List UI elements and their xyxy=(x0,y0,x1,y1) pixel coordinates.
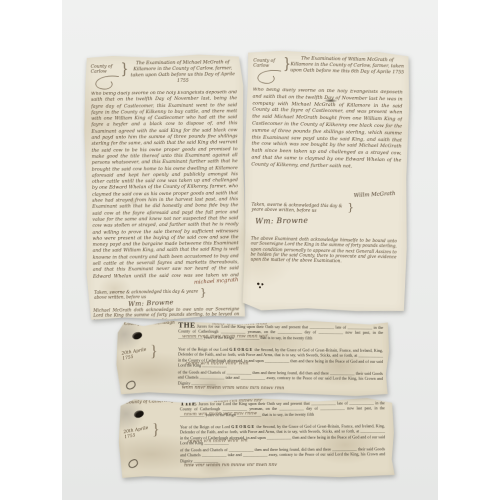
brace-mark: } xyxy=(150,343,158,361)
photo-background: County of Carlow } The Examination of Mi… xyxy=(62,0,438,500)
ink-marks xyxy=(256,282,265,289)
witness-signature: Wm: Browne xyxy=(255,216,308,226)
document-indictment-form-bottom: County of Catherlough 20th Aprile 1755 }… xyxy=(118,396,395,478)
recognizance-note: The above Examinant doth acknowledge him… xyxy=(250,236,396,265)
attestation-text: Taken, sworne & acknowledged this day & … xyxy=(251,202,347,214)
form-paper: County of Catherlough 20th Aprile 1755 }… xyxy=(116,319,390,397)
ink-stamp-icon xyxy=(133,409,145,419)
ink-stamp-icon xyxy=(131,331,143,341)
printed-paragraph-goods: of the Goods and Chattels of ___________… xyxy=(178,369,383,386)
margin-date-script: 20th Aprile 1755 xyxy=(123,425,154,441)
margin-county-script: County of Catherlough xyxy=(126,399,177,406)
brace-mark: } xyxy=(347,202,354,213)
handwritten-fill-script: mnnv wmrnn nvm wnnr xyxy=(212,321,380,327)
form-paper: County of Catherlough 20th Aprile 1755 }… xyxy=(118,396,395,478)
manuscript-header: County of Carlow } The Examination of Mi… xyxy=(89,59,239,89)
photo-canvas: County of Carlow } The Examination of Mi… xyxy=(0,0,500,500)
handwritten-fill-script: nvmn wrn mnnv vnmr wnn xyxy=(186,361,376,367)
manuscript-header: County of Carlow } The Examination of Wi… xyxy=(251,55,406,86)
handwritten-footer-script: wnm nnvr mwnn vrnm wnnv mrn nnwv rmn xyxy=(182,386,377,392)
margin-county-script: County of Catherlough xyxy=(124,321,175,327)
manuscript-paper: County of Carlow } The Examination of Mi… xyxy=(84,54,247,321)
handwritten-footer-script: nnw vmr wnnm rvn mnnw vnr mwn nnv xyxy=(184,462,379,468)
document-examination-michael-mcgrath: County of Carlow } The Examination of Mi… xyxy=(84,54,247,321)
deponent-signature: michael mcgrath xyxy=(193,277,238,286)
margin-date-script: 20th Aprile 1755 xyxy=(121,347,152,363)
manuscript-body: Who being duely sworne on the holy Evang… xyxy=(251,88,403,191)
manuscript-paper: County of Carlow } The Examination of Wi… xyxy=(242,49,411,313)
brace-mark: } xyxy=(152,422,160,440)
examination-title: The Examination of Michael McGrath of Ki… xyxy=(128,60,238,85)
document-indictment-form-top: County of Catherlough 20th Aprile 1755 }… xyxy=(116,319,390,397)
document-examination-william-mcgrath: County of Carlow } The Examination of Wi… xyxy=(242,49,411,313)
handwritten-fill-script: wnnm rvnn mwv nnvm rnw mnn wvr xyxy=(182,334,382,340)
ink-squiggle-mark xyxy=(125,380,137,391)
manuscript-body: Who being duely sworne on the holy Evang… xyxy=(91,90,239,278)
deponent-signature: Willm McGrath xyxy=(354,191,396,199)
examination-title: The Examination of William McGrath of Ki… xyxy=(290,56,404,76)
brace-mark: } xyxy=(200,288,206,299)
flourish-swash-icon xyxy=(89,73,121,91)
flourish-swash-icon xyxy=(251,68,283,87)
printed-paragraph-goods: of the Goods and Chattels of ___________… xyxy=(180,446,385,463)
ink-squiggle-mark xyxy=(127,458,139,469)
